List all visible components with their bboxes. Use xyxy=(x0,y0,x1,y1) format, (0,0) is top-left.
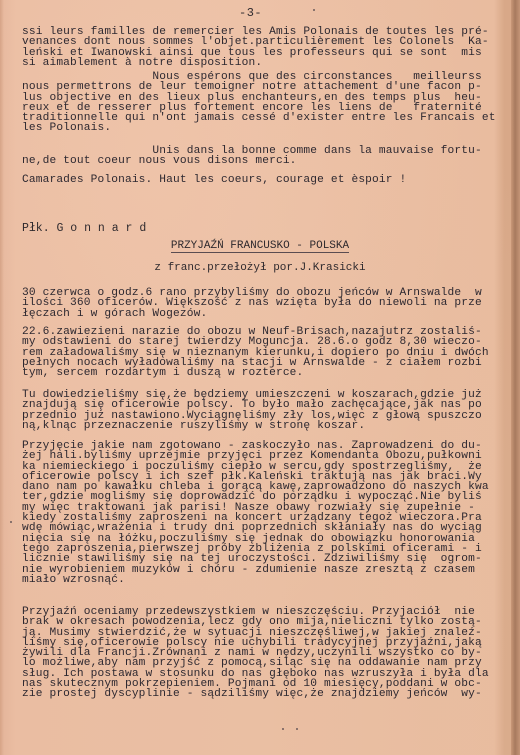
text-line: miało wzrosnąć. xyxy=(22,575,492,585)
closing-line: Camarades Polonais. Haut les coeurs, cou… xyxy=(22,175,492,185)
article-paragraph-5: Przyjaźń oceniamy przedewszystkiem w nie… xyxy=(22,607,492,700)
article-paragraph-2: 22.6.zawiezieni narazie do obozu w Neuf-… xyxy=(22,327,492,378)
text-line: si aimablement à notre disposition. xyxy=(22,58,492,68)
ink-speck xyxy=(296,728,298,730)
text-line: łęczach i w górach Wogezów. xyxy=(22,309,492,319)
text-line: ne,de tout coeur nous vous disons merci. xyxy=(22,156,492,166)
french-closing: Camarades Polonais. Haut les coeurs, cou… xyxy=(22,175,492,185)
paper-left-edge xyxy=(0,0,4,755)
french-paragraph-1: ssi leurs familles de remercier les Amis… xyxy=(22,27,492,68)
text-line: ną,klnąc przeznaczenie ruszyliśmy w stro… xyxy=(22,421,492,431)
text-line: tym, sercem rozdartym i duszą w rozterce… xyxy=(22,368,492,378)
article-title-text: PRZYJAŹŃ FRANCUSKO - POLSKA xyxy=(171,240,349,253)
ink-speck xyxy=(10,521,12,523)
paper-right-edge-shadow xyxy=(511,0,520,755)
ink-speck xyxy=(313,9,315,11)
ink-speck xyxy=(282,728,284,730)
author-signature: Płk. G o n n a r d xyxy=(22,222,146,235)
article-paragraph-4: Przyjęcie jakie nam zgotowano - zaskoczy… xyxy=(22,441,492,585)
french-paragraph-2: Nous espérons que des circonstances meil… xyxy=(22,72,492,134)
text-line: zie prostej dyscyplinie - sądziliśmy wię… xyxy=(22,689,492,699)
article-title: PRZYJAŹŃ FRANCUSKO - POLSKA xyxy=(0,240,520,252)
article-subtitle: z franc.przełożył por.J.Krasicki xyxy=(0,262,520,274)
french-paragraph-3: Unis dans la bonne comme dans la mauvais… xyxy=(22,146,492,167)
document-page: -3- ssi leurs familles de remercier les … xyxy=(0,0,520,755)
page-number: -3- xyxy=(239,6,262,20)
text-line: les Polonais. xyxy=(22,123,492,133)
article-paragraph-3: Tu dowiedzieliśmy się,że będziemy umiesz… xyxy=(22,390,492,431)
article-paragraph-1: 30 czerwca o godz.6 rano przybyliśmy do … xyxy=(22,288,492,319)
